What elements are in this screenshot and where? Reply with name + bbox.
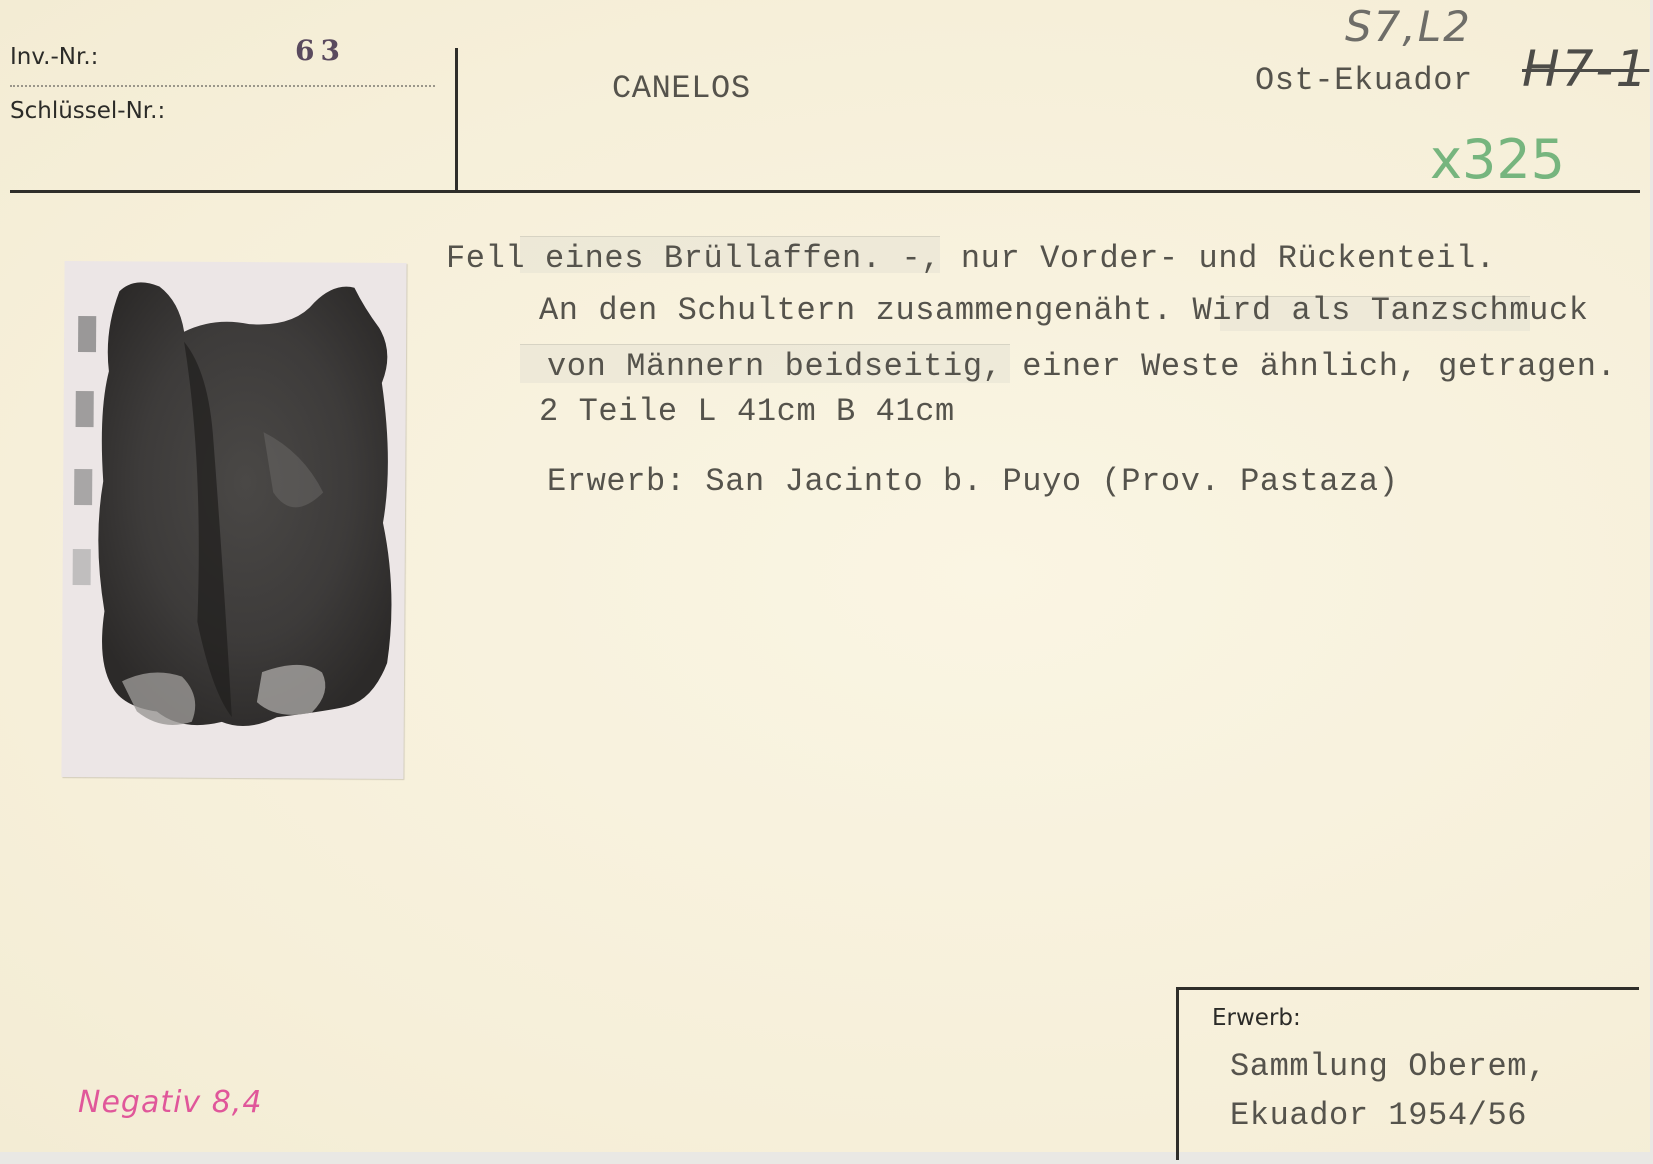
description-line: An den Schultern zusammengenäht. Wird al…	[539, 292, 1589, 329]
header-vertical-rule	[455, 48, 458, 191]
header-horizontal-rule	[10, 190, 1640, 193]
catalog-card: Inv.-Nr.: 63 Schlüssel-Nr.: CANELOS Ost-…	[0, 0, 1650, 1152]
handwritten-shelf-mark: S7,L2	[1345, 2, 1472, 51]
description-line: 2 Teile L 41cm B 41cm	[539, 393, 955, 430]
acquisition-date: Ekuador 1954/56	[1230, 1097, 1527, 1134]
inventory-dotted-rule	[10, 85, 435, 87]
culture-name: CANELOS	[612, 70, 751, 107]
inventory-number-label: Inv.-Nr.:	[10, 44, 98, 70]
fur-vest-image-icon	[61, 261, 406, 779]
object-photo	[61, 261, 406, 779]
inventory-number: 63	[295, 34, 346, 67]
region-name: Ost-Ekuador	[1255, 62, 1473, 99]
negative-annotation: Negativ 8,4	[78, 1085, 262, 1120]
key-number-label: Schlüssel-Nr.:	[10, 98, 165, 124]
acquisition-label: Erwerb:	[1212, 1005, 1301, 1031]
handwritten-catalog-number: x325	[1430, 128, 1565, 191]
handwritten-old-number: H7-1	[1522, 40, 1649, 98]
description-line: von Männern beidseitig, einer Weste ähnl…	[547, 348, 1616, 385]
acquisition-place: Erwerb: San Jacinto b. Puyo (Prov. Pasta…	[547, 463, 1399, 500]
description-line: Fell eines Brüllaffen. -, nur Vorder- un…	[446, 240, 1496, 277]
acquisition-source: Sammlung Oberem,	[1230, 1048, 1547, 1085]
